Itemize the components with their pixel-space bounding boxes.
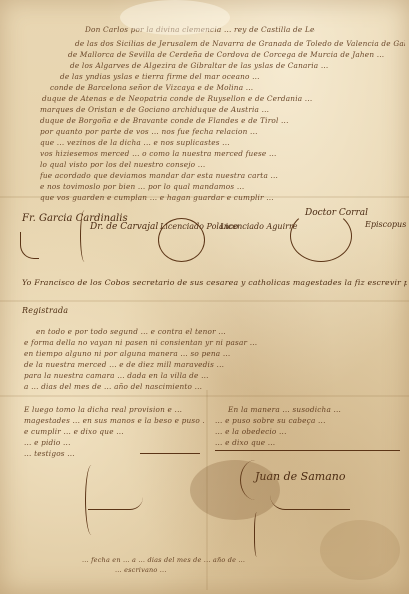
text-line: para la nuestra camara ... dada en la vi…	[24, 371, 404, 380]
text-line: vos hiziesemos merced ... o como la nues…	[40, 149, 405, 158]
signature-flourish	[254, 512, 261, 557]
text-line: de las yndias yslas e tierra firme del m…	[60, 72, 405, 81]
text-line: en tiempo alguno ni por alguna manera ..…	[24, 349, 404, 358]
registry-note: Registrada	[22, 306, 117, 315]
text-line: de Mallorca de Sevilla de Cerdeña de Cor…	[68, 50, 398, 59]
text-line: E luego tomo la dicha real provision e .…	[24, 405, 204, 414]
text-line: e forma della no vayan ni pasen ni consi…	[24, 338, 404, 347]
text-line: por quanto por parte de vos ... nos fue …	[40, 127, 405, 136]
text-line: ... e dixo que ...	[215, 438, 403, 447]
text-line: que vos guarden e cumplan ... e hagan gu…	[40, 193, 405, 202]
signature: Dr. de Carvajal	[90, 222, 158, 232]
fold-line	[0, 395, 409, 397]
underline	[140, 453, 200, 454]
text-line: en todo e por todo segund ... e contra e…	[36, 327, 401, 336]
manuscript-page: Don Carlos por la divina clemencia ... r…	[0, 0, 409, 594]
text-line: ... e pidio ...	[24, 438, 204, 447]
text-line: fue acordado que deviamos mandar dar est…	[40, 171, 405, 180]
signature-flourish	[88, 497, 143, 510]
signature-flourish	[158, 218, 205, 262]
signature-flourish	[290, 210, 352, 262]
stain	[120, 0, 230, 35]
stain	[320, 520, 400, 580]
text-line: e cumplir ... e dixo que ...	[24, 427, 204, 436]
text-line: que ... vezinos de la dicha ... e nos su…	[40, 138, 405, 147]
stain	[190, 460, 280, 520]
text-line: En la manera ... susodicha ...	[228, 405, 403, 414]
underline	[215, 450, 400, 451]
text-line: de las dos Sicilias de Jerusalem de Nava…	[75, 39, 405, 48]
text-line: duque de Borgoña e de Bravante conde de …	[40, 116, 405, 125]
text-line: a ... dias del mes de ... año del nascim…	[24, 382, 404, 391]
secretary-subscription: Yo Francisco de los Cobos secretario de …	[22, 278, 407, 287]
text-line: magestades ... en sus manos e la beso e …	[24, 416, 204, 425]
signature-flourish	[80, 210, 89, 262]
text-line: conde de Barcelona señor de Vizcaya e de…	[50, 83, 405, 92]
signature: Episcopus	[365, 220, 406, 229]
signature-flourish	[270, 495, 350, 510]
text-line: ... e la obedecio ...	[215, 427, 403, 436]
text-line: ... e puso sobre su cabeça ...	[215, 416, 403, 425]
fold-line	[0, 300, 409, 302]
text-line: duque de Atenas e de Neopatria conde de …	[42, 94, 405, 103]
signature-flourish	[20, 232, 39, 259]
text-line: e nos tovimoslo por bien ... por lo qual…	[40, 182, 405, 191]
text-line: de la nuestra merced ... e de diez mill …	[24, 360, 404, 369]
text-line: lo qual visto por los del nuestro consej…	[40, 160, 405, 169]
bottom-note: ... escrivano ...	[115, 566, 285, 574]
text-line: marques de Oristan e de Gociano archiduq…	[40, 105, 405, 114]
signature: Licenciado Aguirre	[220, 222, 298, 231]
text-line: de los Algarves de Algezira de Gibraltar…	[70, 61, 400, 70]
